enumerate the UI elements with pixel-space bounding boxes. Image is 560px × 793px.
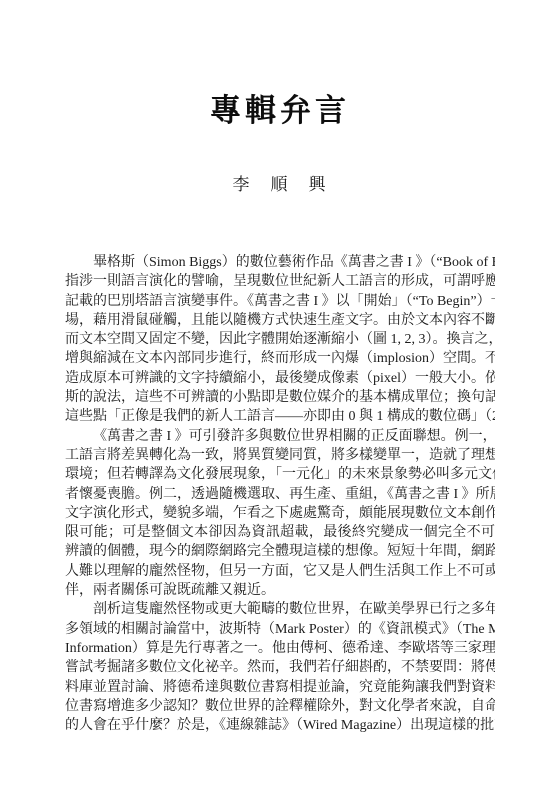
body-line: 辨讀的個體，現今的網際網路完全體現這樣的想像。短短十年間，網路變成令 [65,542,495,561]
body-line: 多領域的相關討論當中，波斯特（Mark Poster）的《資訊模式》（The M… [65,620,495,639]
body-line: 的人會在乎什麼？於是，《連線雜誌》（Wired Magazine）出現這樣的批評… [65,716,495,735]
page-title: 專輯弁言 [0,0,560,129]
body-line: 記載的巴別塔語言演變事件。《萬書之書 I 》以「開始」（“To Begin”）一… [65,292,495,311]
body-line: 環境；但若轉譯為文化發展現象，「一元化」的未來景象勢必叫多元文化主義 [65,465,495,484]
body-line: 工語言將差異轉化為一致，將異質變同質，將多樣變單一，造就了理想的溝通 [65,446,495,465]
document-body: 畢格斯（Simon Biggs）的數位藝術作品《萬書之書 I 》（“Book o… [65,253,495,735]
body-line: 者懷憂喪膽。例二，透過隨機選取、再生產、重組，《萬書之書 I 》所展示的 [65,485,495,504]
body-line: 文字演化形式，變貌多端，乍看之下處處驚奇，頗能展現數位文本創作的無 [65,504,495,523]
paragraph-2: 《萬書之書 I 》可引發許多與數位世界相關的正反面聯想。例一，新人 工語言將差異… [65,427,495,601]
body-line: 伴，兩者關係可說既疏離又親近。 [65,581,495,600]
body-line: 限可能；可是整個文本卻因為資訊超載，最後終究變成一個完全不可 [65,523,495,542]
body-line: 剖析這隻龐然怪物或更大範疇的數位世界，在歐美學界已行之多年，眾 [65,600,495,619]
author-name: 李 順 興 [0,175,560,195]
paragraph-1: 畢格斯（Simon Biggs）的數位藝術作品《萬書之書 I 》（“Book o… [65,253,495,427]
paragraph-3: 剖析這隻龐然怪物或更大範疇的數位世界，在歐美學界已行之多年，眾 多領域的相關討論… [65,600,495,735]
body-line: 料庫並置討論、將德希達與數位書寫相提並論，究竟能夠讓我們對資料庫與數 [65,678,495,697]
body-line: 畢格斯（Simon Biggs）的數位藝術作品《萬書之書 I 》（“Book o… [65,253,495,272]
body-line: 斯的說法，這些不可辨讀的小點即是數位媒介的基本構成單位；換句話說， [65,388,495,407]
body-line: 造成原本可辨識的文字持續縮小，最後變成像素（pixel）一般大小。依照畢格 [65,369,495,388]
body-line: 增與縮減在文本內部同步進行，終而形成一內爆（implosion）空間。不斷內爆， [65,349,495,368]
body-line: 嘗試考掘諸多數位文化祕辛。然而，我們若仔細斟酌，不禁要問：將傅柯與資 [65,658,495,677]
body-line: 指涉一則語言演化的譬喻，呈現數位世紀新人工語言的形成，可謂呼應《聖經》 [65,272,495,291]
body-line: 場，藉用滑鼠碰觸，且能以隨機方式快速生產文字。由於文本內容不斷擴增， [65,311,495,330]
body-line: 而文本空間又固定不變，因此字體開始逐漸縮小（圖 1, 2, 3）。換言之，擴 [65,330,495,349]
body-line: 人難以理解的龐然怪物，但另一方面，它又是人們生活與工作上不可或缺的夥 [65,562,495,581]
body-line: 這些點「正像是我們的新人工語言——亦即由 0 與 1 構成的數位碼」（2003b… [65,407,495,426]
body-line: 《萬書之書 I 》可引發許多與數位世界相關的正反面聯想。例一，新人 [65,427,495,446]
document-page: 專輯弁言 李 順 興 畢格斯（Simon Biggs）的數位藝術作品《萬書之書 … [0,0,560,793]
body-line: Information）算是先行專著之一。他由傅柯、德希達、李歐塔等三家理論入手… [65,639,495,658]
body-line: 位書寫增進多少認知？數位世界的詮釋權除外，對文化學者來說，自命是內行 [65,697,495,716]
